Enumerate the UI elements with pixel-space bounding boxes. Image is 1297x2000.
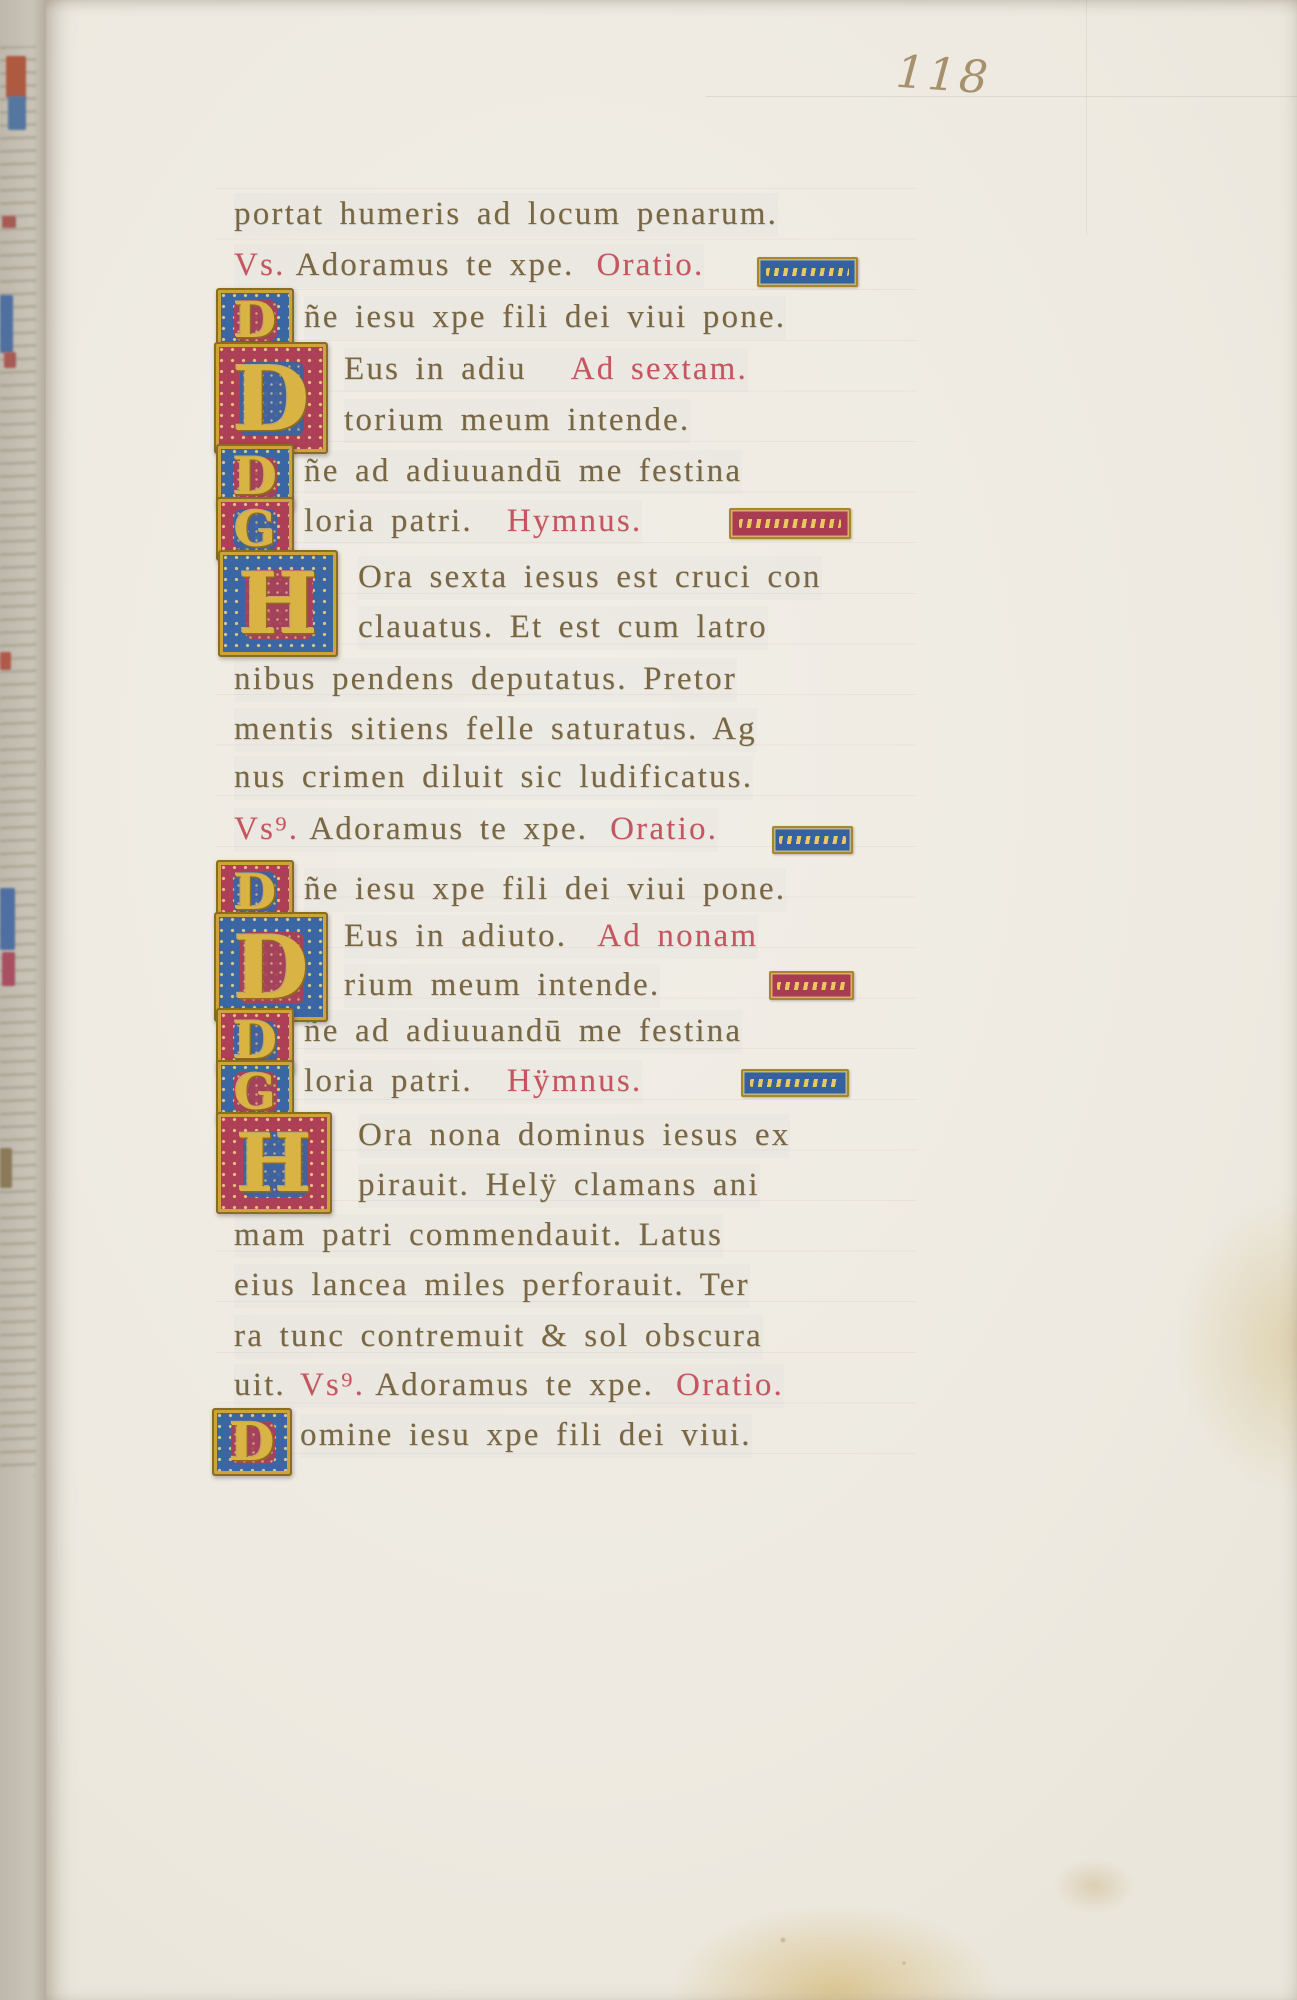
initial-letter: D	[216, 914, 326, 1020]
body-text: ñe iesu xpe fili dei viui pone.	[304, 299, 786, 335]
manuscript-text-line: Vs⁹.Adoramus te xpe.Oratio.	[234, 808, 718, 852]
illuminated-initial-D: D	[214, 342, 328, 454]
filler-gold-pattern	[777, 982, 847, 990]
rubric-text: Vs⁹.	[234, 811, 299, 847]
manuscript-text-line: ñe ad adiuuandū me festina	[304, 1010, 742, 1054]
filler-gold-pattern	[779, 836, 845, 844]
manuscript-text-line: uit.Vs⁹.Adoramus te xpe.Oratio.	[234, 1364, 784, 1408]
body-text: ñe ad adiuuandū me festina	[304, 1013, 742, 1049]
manuscript-text-line: ra tunc contremuit & sol obscura	[234, 1315, 763, 1359]
line-filler-ornament	[757, 257, 858, 287]
initial-letter: H	[218, 1114, 330, 1212]
initial-letter: D	[214, 1410, 290, 1474]
rubric-text: Oratio.	[596, 247, 704, 283]
body-text: Adoramus te xpe.	[309, 811, 588, 847]
body-text: ñe iesu xpe fili dei viui pone.	[304, 871, 786, 907]
body-text: ra tunc contremuit & sol obscura	[234, 1318, 763, 1354]
manuscript-text-line: ñe iesu xpe fili dei viui pone.	[304, 296, 786, 340]
manuscript-text-line: Ora nona dominus iesus ex	[358, 1114, 790, 1158]
body-text: uit.	[234, 1367, 286, 1403]
body-text: portat humeris ad locum penarum.	[234, 196, 778, 232]
body-text: mentis sitiens felle saturatus. Ag	[234, 711, 757, 747]
body-text: Eus in adiuto.	[344, 918, 567, 954]
page-edge-text-striping	[0, 46, 36, 1476]
rubric-text: Hÿmnus.	[507, 1063, 643, 1099]
body-text: nibus pendens deputatus. Pretor	[234, 661, 737, 697]
body-text: loria patri.	[304, 1063, 473, 1099]
rubric-text: Vs.	[234, 247, 286, 283]
manuscript-text-line: torium meum intende.	[344, 399, 690, 443]
adjacent-page-fragment	[6, 56, 26, 98]
manuscript-text-line: nibus pendens deputatus. Pretor	[234, 658, 737, 702]
adjacent-page-fragment	[0, 295, 13, 353]
initial-letter: H	[220, 552, 336, 655]
manuscript-text-line: Eus in adiuAd sextam.	[344, 348, 748, 392]
body-text: Adoramus te xpe.	[375, 1367, 654, 1403]
illuminated-initial-H: H	[218, 550, 338, 657]
body-text: Ora sexta iesus est cruci con	[358, 559, 822, 595]
body-text: Eus in adiu	[344, 351, 527, 387]
manuscript-text-line: eius lancea miles perforauit. Ter	[234, 1264, 750, 1308]
rubric-text: Ad sextam.	[571, 351, 748, 387]
manuscript-text-line: portat humeris ad locum penarum.	[234, 193, 778, 237]
body-text: loria patri.	[304, 503, 473, 539]
initial-letter: D	[216, 344, 326, 452]
body-text: eius lancea miles perforauit. Ter	[234, 1267, 750, 1303]
manuscript-text-line: ñe iesu xpe fili dei viui pone.	[304, 868, 786, 912]
text-block: portat humeris ad locum penarum.Vs.Adora…	[46, 0, 1297, 1600]
manuscript-text-line: Ora sexta iesus est cruci con	[358, 556, 822, 600]
filler-gold-pattern	[739, 519, 841, 528]
manuscript-page: 118 portat humeris ad locum penarum.Vs.A…	[46, 0, 1297, 2000]
manuscript-text-line: nus crimen diluit sic ludificatus.	[234, 756, 753, 800]
body-text: ñe ad adiuuandū me festina	[304, 453, 742, 489]
body-text: rium meum intende.	[344, 967, 660, 1003]
manuscript-text-line: mentis sitiens felle saturatus. Ag	[234, 708, 757, 752]
illuminated-initial-H: H	[216, 1112, 332, 1214]
body-text: omine iesu xpe fili dei viui.	[300, 1417, 752, 1453]
adjacent-page-edges	[0, 0, 46, 2000]
rubric-text: Ad nonam	[597, 918, 758, 954]
body-text: mam patri commendauit. Latus	[234, 1217, 723, 1253]
body-text: Adoramus te xpe.	[296, 247, 575, 283]
body-text: Ora nona dominus iesus ex	[358, 1117, 790, 1153]
rubric-text: Hymnus.	[507, 503, 643, 539]
manuscript-text-line: ñe ad adiuuandū me festina	[304, 450, 742, 494]
rubric-text: Vs⁹.	[300, 1367, 365, 1403]
adjacent-page-fragment	[4, 352, 16, 368]
rubric-text: Oratio.	[676, 1367, 784, 1403]
adjacent-page-fragment	[0, 652, 11, 670]
illuminated-initial-D: D	[212, 1408, 292, 1476]
adjacent-page-fragment	[0, 888, 15, 950]
manuscript-photo: 118 portat humeris ad locum penarum.Vs.A…	[0, 0, 1297, 2000]
body-text: pirauit. Helÿ clamans ani	[358, 1167, 760, 1203]
body-text: torium meum intende.	[344, 402, 690, 438]
rubric-text: Oratio.	[610, 811, 718, 847]
manuscript-text-line: loria patri.Hÿmnus.	[304, 1060, 642, 1104]
adjacent-page-fragment	[2, 216, 16, 228]
manuscript-text-line: pirauit. Helÿ clamans ani	[358, 1164, 760, 1208]
manuscript-text-line: Eus in adiuto.Ad nonam	[344, 915, 758, 959]
manuscript-text-line: omine iesu xpe fili dei viui.	[300, 1414, 752, 1458]
manuscript-text-line: clauatus. Et est cum latro	[358, 606, 768, 650]
filler-gold-pattern	[766, 268, 849, 276]
manuscript-text-line: rium meum intende.	[344, 964, 660, 1008]
adjacent-page-fragment	[8, 96, 26, 130]
line-filler-ornament	[772, 826, 853, 854]
manuscript-text-line: loria patri.Hymnus.	[304, 500, 642, 544]
line-filler-ornament	[769, 971, 854, 1000]
initial-letter: D	[218, 290, 292, 350]
adjacent-page-fragment	[2, 952, 15, 986]
adjacent-page-fragment	[0, 1148, 12, 1188]
filler-gold-pattern	[750, 1079, 839, 1087]
line-filler-ornament	[741, 1069, 849, 1097]
body-text: nus crimen diluit sic ludificatus.	[234, 759, 753, 795]
manuscript-text-line: Vs.Adoramus te xpe.Oratio.	[234, 244, 704, 288]
body-text: clauatus. Et est cum latro	[358, 609, 768, 645]
manuscript-text-line: mam patri commendauit. Latus	[234, 1214, 723, 1258]
line-filler-ornament	[729, 508, 851, 539]
illuminated-initial-D: D	[214, 912, 328, 1022]
